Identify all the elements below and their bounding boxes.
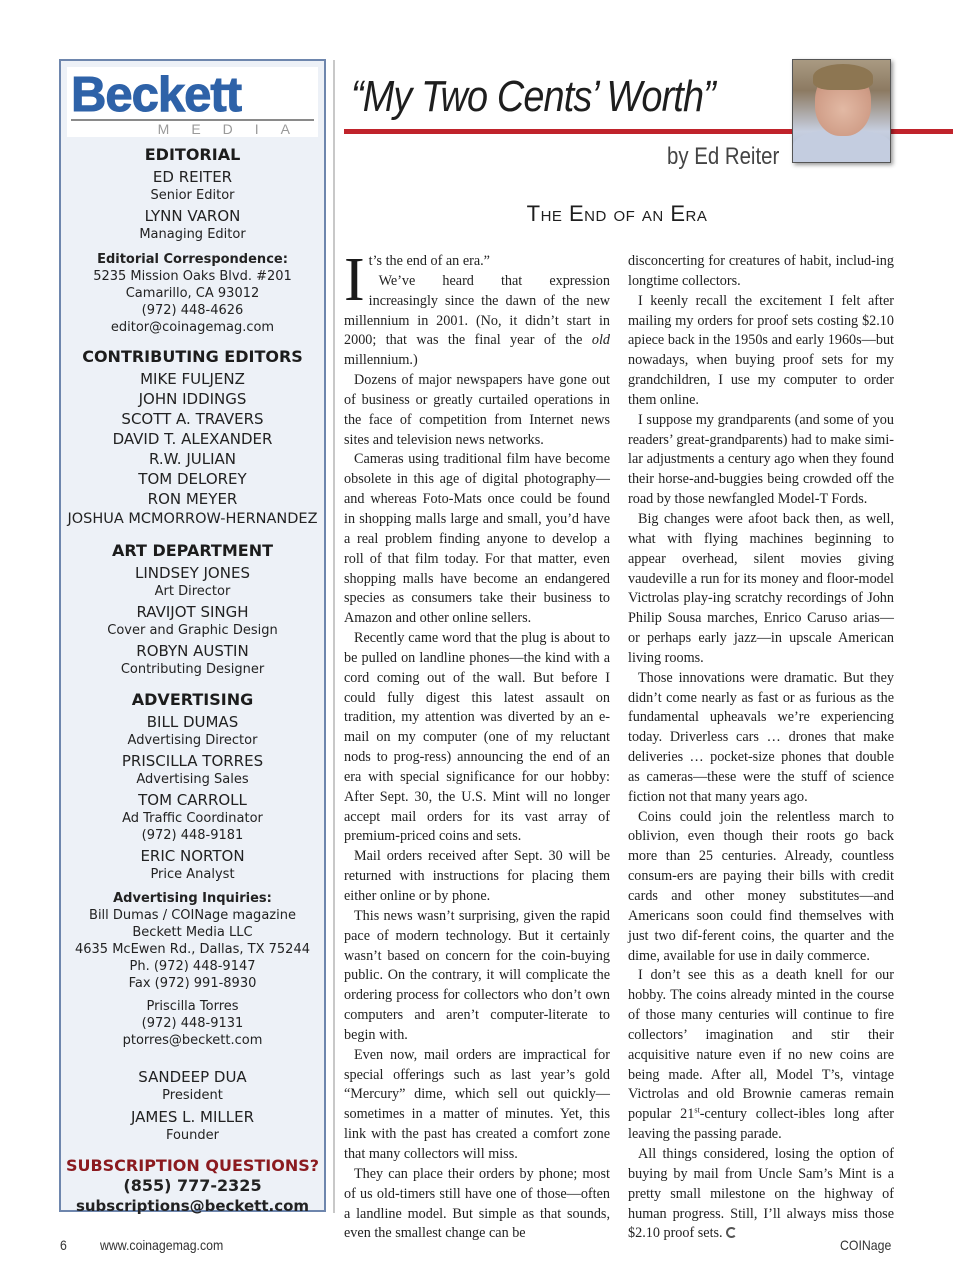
- author-photo: [792, 59, 891, 163]
- contributor-name: MIKE FULJENZ: [61, 369, 324, 389]
- contributor-name: TOM DELOREY: [61, 469, 324, 489]
- paragraph: I keenly recall the excitement I felt af…: [628, 292, 894, 411]
- staff-name: RAVIJOT SINGH: [61, 603, 324, 622]
- contributing-editors-section: CONTRIBUTING EDITORS MIKE FULJENZ JOHN I…: [61, 347, 324, 529]
- paragraph-text: I don’t see this as a death knell for ou…: [628, 967, 894, 1122]
- photo-hair: [813, 64, 873, 90]
- subscription-section: SUBSCRIPTION QUESTIONS? (855) 777-2325 s…: [61, 1156, 324, 1216]
- staff-name: BILL DUMAS: [61, 713, 324, 732]
- staff-role: Managing Editor: [61, 226, 324, 243]
- magazine-name: COINage: [840, 1237, 891, 1253]
- section-title: ART DEPARTMENT: [61, 541, 324, 561]
- contributor-name: R.W. JULIAN: [61, 449, 324, 469]
- paragraph-text: All things considered, losing the option…: [628, 1146, 894, 1241]
- column-title: “My Two Cents’ Worth”: [351, 72, 715, 122]
- staff-role: Ad Traffic Coordinator: [61, 810, 324, 827]
- logo-wordmark: Beckett: [71, 69, 241, 121]
- staff-name: LYNN VARON: [61, 207, 324, 226]
- byline: by Ed Reiter: [667, 143, 779, 171]
- staff-role: Advertising Sales: [61, 771, 324, 788]
- paragraph: They can place their orders by phone; mo…: [344, 1165, 610, 1244]
- paragraph: Big changes were afoot back then, as wel…: [628, 510, 894, 669]
- paragraph: This news wasn’t surprising, given the r…: [344, 907, 610, 1046]
- inquiry-line: Bill Dumas / COINage magazine: [61, 907, 324, 924]
- contact-name: Priscilla Torres: [61, 998, 324, 1015]
- paragraph: Mail orders received after Sept. 30 will…: [344, 847, 610, 907]
- page-number: 6: [60, 1237, 67, 1253]
- contributor-name: JOHN IDDINGS: [61, 389, 324, 409]
- paragraph: I suppose my grandparents (and some of y…: [628, 411, 894, 510]
- staff-role: Price Analyst: [61, 866, 324, 883]
- inquiry-line: 4635 McEwen Rd., Dallas, TX 75244: [61, 941, 324, 958]
- paragraph: I don’t see this as a death knell for ou…: [628, 966, 894, 1145]
- inquiries-label: Advertising Inquiries:: [61, 890, 324, 907]
- staff-role: Contributing Designer: [61, 661, 324, 678]
- contact-phone: (972) 448-9131: [61, 1015, 324, 1032]
- paragraph-text: millennium.): [344, 352, 418, 368]
- paragraph: All things considered, losing the option…: [628, 1145, 894, 1244]
- section-title: EDITORIAL: [61, 145, 324, 165]
- correspondence-label: Editorial Correspondence:: [61, 251, 324, 268]
- address-line: Camarillo, CA 93012: [61, 285, 324, 302]
- phone: (972) 448-4626: [61, 302, 324, 319]
- art-department-section: ART DEPARTMENT LINDSEY JONES Art Directo…: [61, 541, 324, 678]
- advertising-section: ADVERTISING BILL DUMAS Advertising Direc…: [61, 690, 324, 1049]
- italic-text: old: [592, 332, 610, 348]
- paragraph: Dozens of major newspapers have gone out…: [344, 371, 610, 450]
- staff-name: PRISCILLA TORRES: [61, 752, 324, 771]
- website-url[interactable]: www.coinagemag.com: [100, 1237, 223, 1253]
- paragraph: It’s the end of an era.”: [344, 252, 610, 272]
- staff-name: TOM CARROLL: [61, 791, 324, 810]
- drop-cap: I: [344, 256, 365, 304]
- paragraph-text: t’s the end of an era.”: [369, 253, 490, 269]
- paragraph: Recently came word that the plug is abou…: [344, 629, 610, 847]
- article-column-right: disconcerting for creatures of habit, in…: [628, 252, 894, 1244]
- staff-name: LINDSEY JONES: [61, 564, 324, 583]
- end-of-article-icon: [726, 1227, 737, 1238]
- masthead-sidebar: Beckett MEDIA EDITORIAL ED REITER Senior…: [59, 59, 326, 1212]
- inquiry-line: Beckett Media LLC: [61, 924, 324, 941]
- contributor-name: DAVID T. ALEXANDER: [61, 429, 324, 449]
- contributor-name: JOSHUA MCMORROW-HERNANDEZ: [55, 509, 330, 529]
- article-headline: The End of an Era: [344, 201, 890, 227]
- paragraph: Coins could join the relentless march to…: [628, 808, 894, 967]
- paragraph: disconcerting for creatures of habit, in…: [628, 252, 894, 292]
- executive-name: JAMES L. MILLER: [61, 1108, 324, 1127]
- paragraph: We’ve heard that expression increasingly…: [344, 272, 610, 371]
- paragraph: Those innovations were dramatic. But the…: [628, 669, 894, 808]
- inquiry-line: Ph. (972) 448-9147: [61, 958, 324, 975]
- executive-role: President: [61, 1087, 324, 1104]
- executive-role: Founder: [61, 1127, 324, 1144]
- email-link[interactable]: editor@coinagemag.com: [61, 319, 324, 336]
- article-column-left: It’s the end of an era.” We’ve heard tha…: [344, 252, 610, 1244]
- logo-subtitle: MEDIA: [158, 121, 312, 137]
- inquiry-line: Fax (972) 991-8930: [61, 975, 324, 992]
- staff-name: ED REITER: [61, 168, 324, 187]
- address-line: 5235 Mission Oaks Blvd. #201: [61, 268, 324, 285]
- subscription-phone: (855) 777-2325: [61, 1176, 324, 1196]
- paragraph: Even now, mail orders are impractical fo…: [344, 1046, 610, 1165]
- contributor-name: SCOTT A. TRAVERS: [61, 409, 324, 429]
- beckett-media-logo: Beckett MEDIA: [67, 67, 318, 137]
- contact-email-link[interactable]: ptorres@beckett.com: [61, 1032, 324, 1049]
- paragraph-text: We’ve heard that expression increasingly…: [344, 273, 610, 349]
- contributor-name: RON MEYER: [61, 489, 324, 509]
- subscription-heading: SUBSCRIPTION QUESTIONS?: [61, 1156, 324, 1176]
- staff-role: Cover and Graphic Design: [61, 622, 324, 639]
- staff-name: ERIC NORTON: [61, 847, 324, 866]
- staff-role: Advertising Director: [61, 732, 324, 749]
- executive-name: SANDEEP DUA: [61, 1068, 324, 1087]
- subscription-email-link[interactable]: subscriptions@beckett.com: [61, 1196, 324, 1216]
- section-title: ADVERTISING: [61, 690, 324, 710]
- staff-role: Senior Editor: [61, 187, 324, 204]
- column-divider: [333, 60, 335, 1213]
- editorial-section: EDITORIAL ED REITER Senior Editor LYNN V…: [61, 145, 324, 336]
- paragraph: Cameras using traditional film have beco…: [344, 450, 610, 629]
- section-title: CONTRIBUTING EDITORS: [61, 347, 324, 367]
- staff-role: Art Director: [61, 583, 324, 600]
- staff-name: ROBYN AUSTIN: [61, 642, 324, 661]
- executives-section: SANDEEP DUA President JAMES L. MILLER Fo…: [61, 1068, 324, 1144]
- phone: (972) 448-9181: [61, 827, 324, 844]
